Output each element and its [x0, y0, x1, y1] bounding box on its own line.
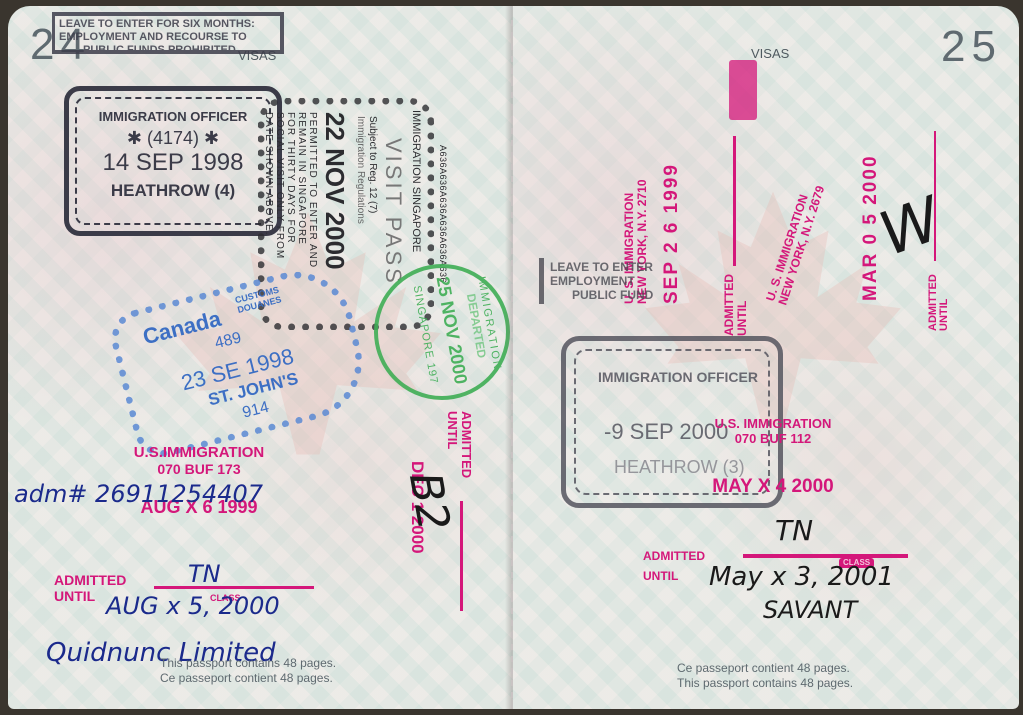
- passport-spread: 24 VISAS LEAVE TO ENTER FOR SIX MONTHS: …: [0, 0, 1023, 715]
- stamp-line: SOCIAL VISIT ONLY FROM: [274, 112, 285, 268]
- footer-line-fr: Ce passeport contient 48 pages.: [677, 661, 853, 676]
- passport-page-24: 24 VISAS LEAVE TO ENTER FOR SIX MONTHS: …: [8, 6, 513, 709]
- handwritten-until-date: May x 3, 2001: [709, 562, 894, 592]
- stamp-line: LEAVE TO ENTER FOR SIX MONTHS:: [59, 18, 276, 31]
- footer-line-fr: Ce passeport contient 48 pages.: [160, 671, 336, 686]
- stamp-line: PERMITTED TO ENTER AND: [307, 112, 318, 268]
- admitted-label: ADMITTED: [643, 546, 705, 566]
- uk-leave-to-enter-stamp-faded: LEAVE TO ENTER EMPLOYMENT PUBLIC FUND: [539, 258, 739, 304]
- handwritten-class-tn: TN: [188, 560, 221, 588]
- page-count-notice: This passport contains 48 pages. Ce pass…: [160, 656, 336, 686]
- uk-leave-to-enter-stamp: LEAVE TO ENTER FOR SIX MONTHS: EMPLOYMEN…: [52, 12, 284, 54]
- us-immigration-buf-112-stamp: U.S. IMMIGRATION 070 BUF 112 MAY X 4 200…: [683, 416, 863, 498]
- admitted-label: ADMITTED: [54, 572, 126, 588]
- footer-line-en: This passport contains 48 pages.: [160, 656, 336, 671]
- handwritten-until-date: AUG x 5, 2000: [106, 592, 280, 620]
- stamp-line: PUBLIC FUNDS PROHIBITED: [59, 44, 276, 57]
- page-count-notice: Ce passeport contient 48 pages. This pas…: [677, 661, 853, 691]
- us-admitted-sep-stamp: ADMITTED UNTIL: [723, 136, 763, 336]
- stamp-line: REMAIN IN SINGAPORE: [296, 112, 307, 268]
- stamp-line: Subject to Reg. 12 (7): [367, 116, 378, 213]
- handwritten-class-tn: TN: [775, 514, 813, 547]
- stamp-line: EMPLOYMENT: [550, 274, 733, 288]
- until-label: UNTIL: [643, 566, 705, 586]
- stamp-line: LEAVE TO ENTER: [550, 260, 733, 274]
- stamp-line: DATE SHOWN ABOVE.: [263, 112, 274, 268]
- stamp-line: U.S. IMMIGRATION: [683, 416, 863, 431]
- handwritten-signature-dec: B2: [399, 468, 459, 534]
- stamp-line: 070 BUF 112: [683, 431, 863, 446]
- handwritten-admission-number: adm# 26911254407: [14, 480, 263, 508]
- stamp-line: FOR THIRTY DAYS FOR: [285, 112, 296, 268]
- uk-heathrow-1998-stamp: IMMIGRATION OFFICER ✱ (4174) ✱ 14 SEP 19…: [64, 86, 282, 236]
- footer-line-en: This passport contains 48 pages.: [677, 676, 853, 691]
- until-label: UNTIL: [736, 136, 749, 336]
- stamp-line: IMMIGRATION SINGAPORE: [410, 110, 422, 252]
- stamp-line: VISIT PASS: [380, 138, 406, 286]
- stamp-line: Immigration Regulations: [355, 116, 366, 224]
- stamp-line: IMMIGRATION OFFICER: [598, 369, 758, 385]
- handwritten-occupation: SAVANT: [763, 596, 857, 624]
- page-number: 25: [941, 22, 1002, 72]
- stamp-date: MAY X 4 2000: [683, 476, 863, 498]
- visas-header: VISAS: [751, 46, 789, 61]
- stamp-line: EMPLOYMENT AND RECOURSE TO: [59, 31, 276, 44]
- ink-smear: [729, 60, 757, 120]
- stamp-date: 22 NOV 2000: [319, 112, 350, 270]
- us-admitted-until-stamp-right: ADMITTED UNTIL CLASS: [643, 546, 705, 586]
- passport-page-25: 25 VISAS U. S. IMMIGRATION NEW YORK, N.Y…: [513, 6, 1019, 709]
- stamp-line: U.S.IMMIGRATION: [104, 444, 294, 461]
- stamp-line: 070 BUF 173: [104, 461, 294, 477]
- stamp-line: PUBLIC FUND: [550, 288, 733, 302]
